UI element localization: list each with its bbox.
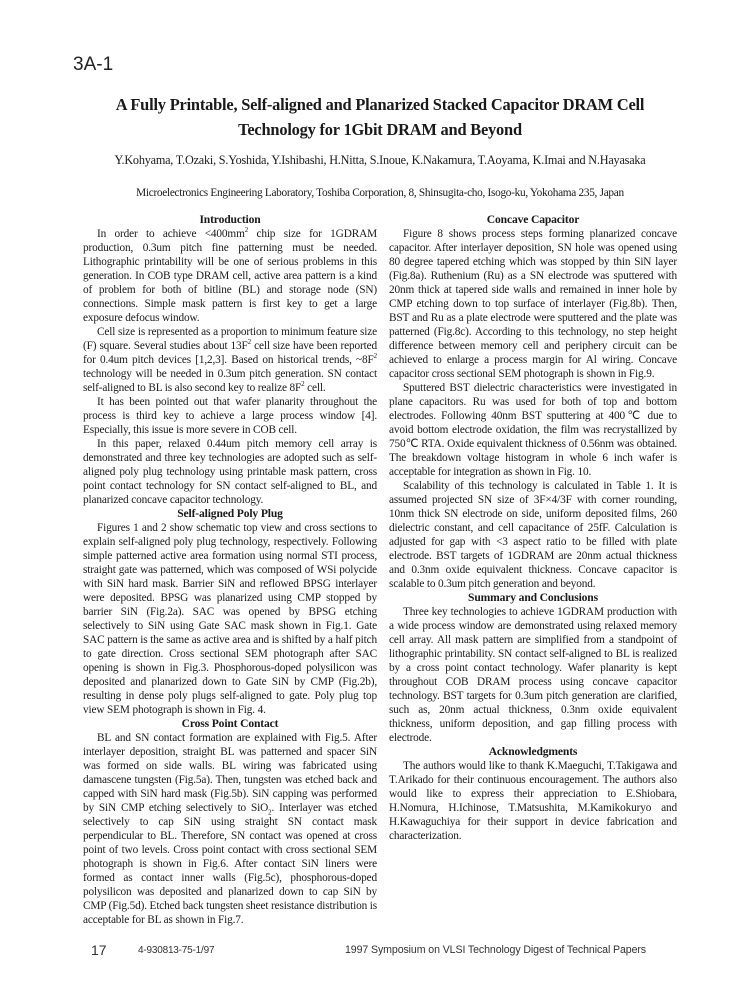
section-heading-cross-point: Cross Point Contact — [83, 717, 377, 731]
right-column: Concave Capacitor Figure 8 shows process… — [389, 213, 677, 843]
affiliation: Microelectronics Engineering Laboratory,… — [70, 187, 690, 199]
left-column: Introduction In order to achieve <400mm2… — [83, 213, 377, 927]
paragraph: In this paper, relaxed 0.44um pitch memo… — [83, 437, 377, 507]
paragraph: Figures 1 and 2 show schematic top view … — [83, 521, 377, 717]
paragraph: Cell size is represented as a proportion… — [83, 325, 377, 395]
paragraph: In order to achieve <400mm2 chip size fo… — [83, 227, 377, 325]
venue: 1997 Symposium on VLSI Technology Digest… — [345, 944, 646, 956]
session-label: 3A-1 — [73, 54, 113, 76]
section-heading-summary: Summary and Conclusions — [389, 591, 677, 605]
paper-title: A Fully Printable, Self-aligned and Plan… — [80, 92, 680, 142]
title-line-1: A Fully Printable, Self-aligned and Plan… — [80, 92, 680, 117]
paragraph: Three key technologies to achieve 1GDRAM… — [389, 605, 677, 745]
title-line-2: Technology for 1Gbit DRAM and Beyond — [80, 117, 680, 142]
section-heading-poly-plug: Self-aligned Poly Plug — [83, 507, 377, 521]
paragraph: It has been pointed out that wafer plana… — [83, 395, 377, 437]
paragraph: Sputtered BST dielectric characteristics… — [389, 381, 677, 479]
paragraph: Figure 8 shows process steps forming pla… — [389, 227, 677, 381]
paragraph: The authors would like to thank K.Maeguc… — [389, 759, 677, 843]
section-heading-concave: Concave Capacitor — [389, 213, 677, 227]
page-number: 17 — [91, 942, 107, 958]
section-heading-acknowledgments: Acknowledgments — [389, 745, 677, 759]
isbn: 4-930813-75-1/97 — [138, 945, 214, 956]
section-heading-introduction: Introduction — [83, 213, 377, 227]
author-list: Y.Kohyama, T.Ozaki, S.Yoshida, Y.Ishibas… — [70, 153, 690, 168]
paragraph: Scalability of this technology is calcul… — [389, 479, 677, 591]
paragraph: BL and SN contact formation are explaine… — [83, 731, 377, 927]
